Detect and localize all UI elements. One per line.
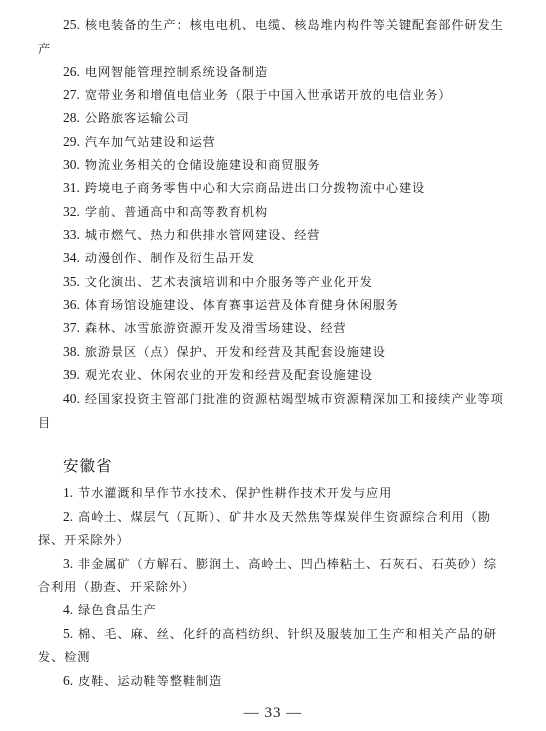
list-item-5: 5.棉、毛、麻、丝、化纤的高档纺织、针织及服装加工生产和相关产品的研 [63, 626, 535, 642]
item-number: 27. [63, 87, 80, 102]
list-item-3-continuation: 合利用（勘查、开采除外） [38, 579, 510, 595]
list-item-37: 37.森林、冰雪旅游资源开发及滑雪场建设、经营 [63, 320, 535, 336]
item-text: 核电装备的生产：核电电机、电缆、核岛堆内构件等关键配套部件研发生 [85, 18, 504, 32]
list-item-2: 2.高岭土、煤层气（瓦斯）、矿井水及天然焦等煤炭伴生资源综合利用（勘 [63, 509, 535, 525]
section-heading: 安徽省 [63, 456, 113, 476]
list-item-33: 33.城市燃气、热力和供排水管网建设、经营 [63, 227, 535, 243]
item-number: 33. [63, 227, 80, 242]
list-item-30: 30.物流业务相关的仓储设施建设和商贸服务 [63, 157, 535, 173]
item-number: 31. [63, 180, 80, 195]
page-number: — 33 — [0, 705, 546, 722]
list-item-32: 32.学前、普通高中和高等教育机构 [63, 204, 535, 220]
item-number: 32. [63, 204, 80, 219]
item-text: 棉、毛、麻、丝、化纤的高档纺织、针织及服装加工生产和相关产品的研 [78, 627, 497, 641]
list-item-35: 35.文化演出、艺术表演培训和中介服务等产业化开发 [63, 274, 535, 290]
item-number: 25. [63, 17, 80, 32]
item-number: 28. [63, 110, 80, 125]
item-number: 6. [63, 673, 73, 688]
list-item-1: 1.节水灌溉和旱作节水技术、保护性耕作技术开发与应用 [63, 485, 535, 501]
item-text: 物流业务相关的仓储设施建设和商贸服务 [85, 158, 321, 172]
item-text: 体育场馆设施建设、体育赛事运营及体育健身休闲服务 [85, 298, 399, 312]
item-text: 高岭土、煤层气（瓦斯）、矿井水及天然焦等煤炭伴生资源综合利用（勘 [78, 510, 491, 524]
list-item-6: 6.皮鞋、运动鞋等整鞋制造 [63, 673, 535, 689]
item-text: 城市燃气、热力和供排水管网建设、经营 [85, 228, 321, 242]
list-item-27: 27.宽带业务和增值电信业务（限于中国入世承诺开放的电信业务） [63, 87, 535, 103]
list-item-39: 39.观光农业、休闲农业的开发和经营及配套设施建设 [63, 367, 535, 383]
item-number: 3. [63, 556, 73, 571]
item-number: 40. [63, 391, 80, 406]
list-item-26: 26.电网智能管理控制系统设备制造 [63, 64, 535, 80]
item-number: 30. [63, 157, 80, 172]
item-number: 26. [63, 64, 80, 79]
item-text: 非金属矿（方解石、膨润土、高岭土、凹凸棒粘土、石灰石、石英砂）综 [78, 557, 497, 571]
item-number: 29. [63, 134, 80, 149]
list-item-38: 38.旅游景区（点）保护、开发和经营及其配套设施建设 [63, 344, 535, 360]
list-item-40: 40.经国家投资主管部门批准的资源枯竭型城市资源精深加工和接续产业等项 [63, 391, 535, 407]
item-text: 汽车加气站建设和运营 [85, 135, 216, 149]
list-item-31: 31.跨境电子商务零售中心和大宗商品进出口分拨物流中心建设 [63, 180, 535, 196]
list-item-28: 28.公路旅客运输公司 [63, 110, 535, 126]
item-number: 2. [63, 509, 73, 524]
list-item-2-continuation: 探、开采除外） [38, 532, 510, 548]
list-item-40-continuation: 目 [38, 415, 510, 431]
item-text: 经国家投资主管部门批准的资源枯竭型城市资源精深加工和接续产业等项 [85, 392, 504, 406]
item-text: 皮鞋、运动鞋等整鞋制造 [78, 674, 222, 688]
list-item-25: 25.核电装备的生产：核电电机、电缆、核岛堆内构件等关键配套部件研发生 [63, 17, 535, 33]
item-text: 宽带业务和增值电信业务（限于中国入世承诺开放的电信业务） [85, 88, 451, 102]
list-item-4: 4.绿色食品生产 [63, 602, 535, 618]
item-number: 36. [63, 297, 80, 312]
document-page: 25.核电装备的生产：核电电机、电缆、核岛堆内构件等关键配套部件研发生 产 26… [0, 0, 546, 731]
list-item-29: 29.汽车加气站建设和运营 [63, 134, 535, 150]
list-item-5-continuation: 发、检测 [38, 649, 510, 665]
item-number: 34. [63, 250, 80, 265]
item-text: 森林、冰雪旅游资源开发及滑雪场建设、经营 [85, 321, 347, 335]
item-number: 37. [63, 320, 80, 335]
item-text: 旅游景区（点）保护、开发和经营及其配套设施建设 [85, 345, 386, 359]
list-item-25-continuation: 产 [38, 41, 510, 57]
item-text: 观光农业、休闲农业的开发和经营及配套设施建设 [85, 368, 373, 382]
item-number: 1. [63, 485, 73, 500]
list-item-3: 3.非金属矿（方解石、膨润土、高岭土、凹凸棒粘土、石灰石、石英砂）综 [63, 556, 535, 572]
item-number: 4. [63, 602, 73, 617]
item-text: 动漫创作、制作及衍生品开发 [85, 251, 255, 265]
item-text: 节水灌溉和旱作节水技术、保护性耕作技术开发与应用 [78, 486, 392, 500]
item-text: 学前、普通高中和高等教育机构 [85, 205, 268, 219]
item-text: 公路旅客运输公司 [85, 111, 190, 125]
item-number: 5. [63, 626, 73, 641]
item-number: 35. [63, 274, 80, 289]
item-text: 绿色食品生产 [78, 603, 157, 617]
item-text: 跨境电子商务零售中心和大宗商品进出口分拨物流中心建设 [85, 181, 425, 195]
item-number: 39. [63, 367, 80, 382]
item-text: 文化演出、艺术表演培训和中介服务等产业化开发 [85, 275, 373, 289]
item-number: 38. [63, 344, 80, 359]
list-item-36: 36.体育场馆设施建设、体育赛事运营及体育健身休闲服务 [63, 297, 535, 313]
item-text: 电网智能管理控制系统设备制造 [85, 65, 268, 79]
list-item-34: 34.动漫创作、制作及衍生品开发 [63, 250, 535, 266]
